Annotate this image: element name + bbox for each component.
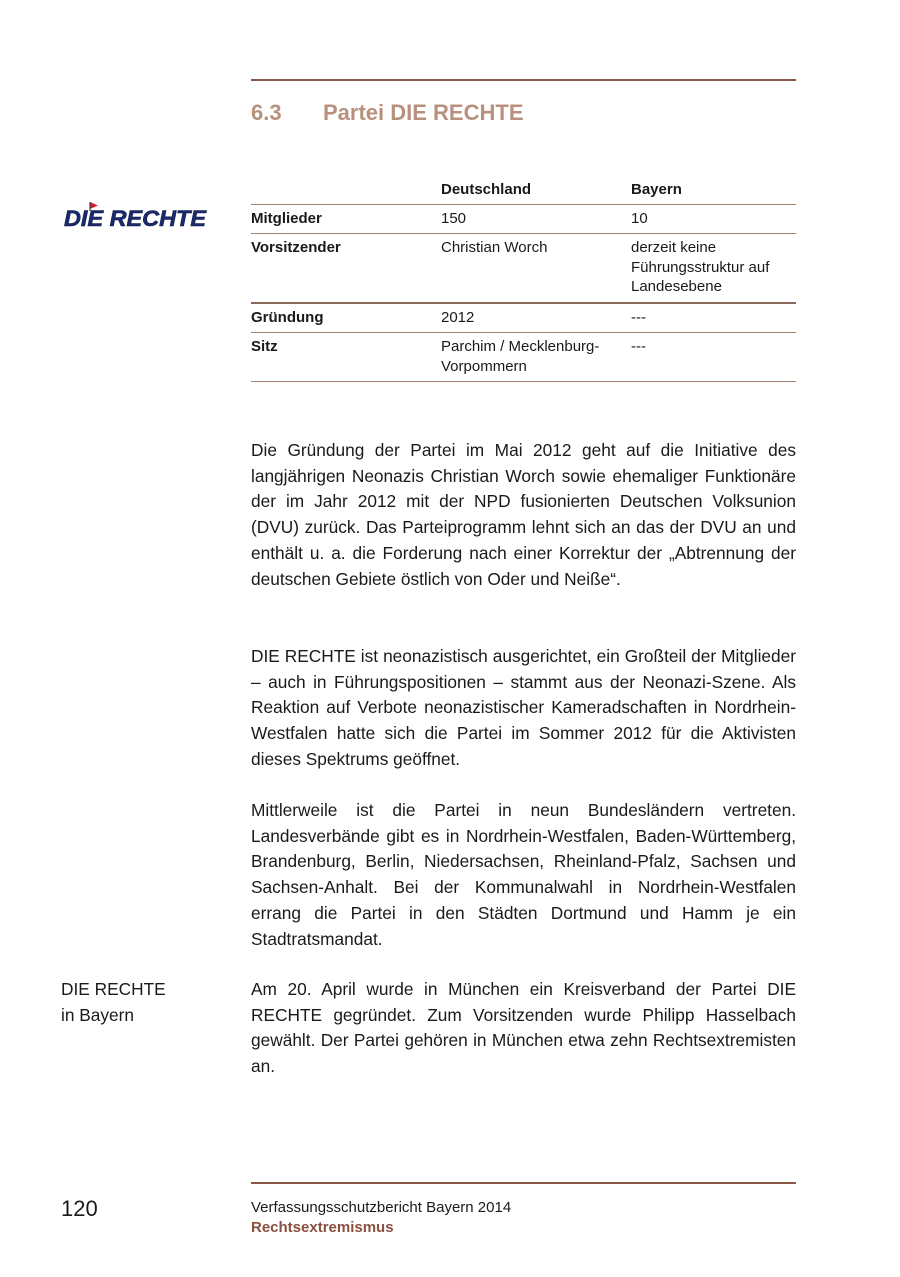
paragraph-founding: Die Gründung der Partei im Mai 2012 geht…	[251, 438, 796, 592]
page-number: 120	[61, 1196, 98, 1222]
cell-bayern: ---	[631, 303, 796, 333]
paragraph-federal-states: Mittlerweile ist die Partei in neun Bund…	[251, 798, 796, 952]
cell-bayern: 10	[631, 204, 796, 234]
party-logo: DIE RECHTE	[62, 200, 208, 230]
row-label: Vorsitzender	[251, 234, 441, 303]
table-row: Gründung 2012 ---	[251, 303, 796, 333]
footer-publication: Verfassungsschutzbericht Bayern 2014	[251, 1199, 511, 1216]
table-header-row: Deutschland Bayern	[251, 176, 796, 204]
section-title: Partei DIE RECHTE	[323, 100, 524, 126]
cell-bayern: derzeit keine Führungsstruktur auf Lande…	[631, 234, 796, 303]
cell-bayern: ---	[631, 333, 796, 382]
section-heading: 6.3 Partei DIE RECHTE	[251, 100, 524, 126]
header-empty	[251, 176, 441, 204]
header-bayern: Bayern	[631, 176, 796, 204]
facts-table: Deutschland Bayern Mitglieder 150 10 Vor…	[251, 176, 796, 382]
cell-deutschland: 150	[441, 204, 631, 234]
margin-note: DIE RECHTE in Bayern	[61, 977, 166, 1028]
paragraph-bavaria: Am 20. April wurde in München ein Kreisv…	[251, 977, 796, 1080]
top-rule	[251, 79, 796, 81]
cell-deutschland: Christian Worch	[441, 234, 631, 303]
section-number: 6.3	[251, 100, 323, 126]
row-label: Gründung	[251, 303, 441, 333]
table-row: Mitglieder 150 10	[251, 204, 796, 234]
margin-note-line1: DIE RECHTE	[61, 977, 166, 1003]
cell-deutschland: Parchim / Mecklenburg-Vorpommern	[441, 333, 631, 382]
party-logo-flag-icon: DIE RECHTE	[62, 200, 208, 230]
svg-text:DIE RECHTE: DIE RECHTE	[64, 206, 207, 230]
margin-note-line2: in Bayern	[61, 1003, 166, 1029]
footer-chapter: Rechtsextremismus	[251, 1219, 394, 1236]
header-deutschland: Deutschland	[441, 176, 631, 204]
table-row: Vorsitzender Christian Worch derzeit kei…	[251, 234, 796, 303]
table-row: Sitz Parchim / Mecklenburg-Vorpommern --…	[251, 333, 796, 382]
cell-deutschland: 2012	[441, 303, 631, 333]
row-label: Sitz	[251, 333, 441, 382]
row-label: Mitglieder	[251, 204, 441, 234]
footer-rule	[251, 1182, 796, 1184]
paragraph-orientation: DIE RECHTE ist neonazistisch ausgerichte…	[251, 644, 796, 773]
